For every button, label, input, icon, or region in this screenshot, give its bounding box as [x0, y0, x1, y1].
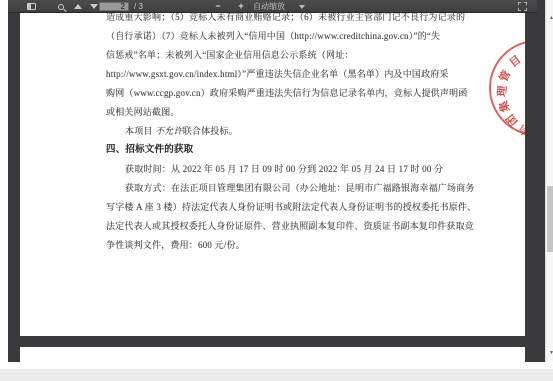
fullscreen-icon	[518, 2, 527, 11]
text-line: 法定代表人或其授权委托人身份证原件、营业执照副本复印件、资质证书副本复印件获取竞	[106, 217, 451, 236]
text-line: （自行承诺）（7）竞标人未被列入“信用中国（http://www.creditc…	[106, 27, 451, 46]
page-up-button[interactable]	[71, 0, 85, 13]
text-line: 获取时间：从 2022 年 05 月 17 日 09 时 00 分到 2022 …	[106, 160, 451, 179]
document-text: 造成重大影响；（5）竞标人未有商业贿赂记录；（6）未被行业主管部门记不良行为记录…	[106, 13, 451, 255]
page-count-label: / 3	[134, 2, 143, 12]
text-line: 争性谈判文件，费用：600 元/份。	[106, 236, 451, 255]
text-line: 购网（www.ccgp.gov.cn）政府采购严重违法失信行为信息记录名单内，竞…	[106, 84, 451, 103]
zoom-out-button[interactable]: −	[211, 0, 225, 13]
page-number-input[interactable]	[99, 2, 129, 11]
chevron-down-icon	[90, 4, 98, 9]
select-caret-icon	[299, 5, 305, 9]
seal-char: 目	[507, 53, 524, 70]
zoom-in-button[interactable]: +	[234, 0, 248, 13]
sidebar-icon	[27, 3, 36, 10]
search-icon	[58, 4, 64, 10]
scroll-down-button[interactable]: ▼	[546, 348, 553, 358]
presentation-mode-button[interactable]	[514, 0, 530, 13]
find-button[interactable]	[53, 0, 68, 13]
page-3	[20, 347, 525, 362]
zoom-select-label: 自动缩放	[253, 1, 285, 12]
scroll-up-button[interactable]: ▲	[546, 13, 553, 23]
page-gap	[20, 336, 525, 347]
scrollbar[interactable]: ▲ ▼	[545, 0, 553, 362]
sidebar-toggle-button[interactable]	[24, 0, 39, 13]
text-line: 或相关网站截图。	[106, 103, 451, 122]
text-line: 信惩戒”名单；未被列入“国家企业信用信息公示系统（网址：	[106, 46, 451, 65]
no-joint-bid-prefix: 本项目	[125, 126, 155, 136]
text-line: 写字楼 A 座 3 楼）持法定代表人身份证明书或附法定代表人身份证明书的授权委托…	[106, 198, 451, 217]
no-joint-bid-suffix: 联合体投标。	[183, 126, 238, 136]
seal-char: 理	[496, 85, 509, 98]
seal-char: 集	[498, 99, 513, 114]
zoom-select[interactable]: 自动缩放	[253, 0, 331, 13]
text-line: 获取方式：在法正项目管理集团有限公司（办公地址：昆明市广福路银海幸福广场商务	[106, 179, 451, 198]
text-line: http://www.gsxt.gov.cn/index.html）”严重违法失…	[106, 65, 451, 84]
chevron-up-icon	[74, 4, 82, 9]
seal-char: 管	[497, 68, 513, 84]
text-line: 造成重大影响；（5）竞标人未有商业贿赂记录；（6）未被行业主管部门记不良行为记录…	[106, 13, 451, 27]
no-joint-bid-line: 本项目 不允许联合体投标。	[106, 122, 451, 141]
viewer-canvas: 造成重大影响；（5）竞标人未有商业贿赂记录；（6）未被行业主管部门记不良行为记录…	[8, 13, 537, 362]
company-seal: 目 管 理 集 团 有	[487, 38, 525, 139]
section-heading: 四、招标文件的获取	[106, 141, 451, 160]
page-2: 造成重大影响；（5）竞标人未有商业贿赂记录；（6）未被行业主管部门记不良行为记录…	[20, 13, 525, 336]
pdf-toolbar: / 3 − + 自动缩放	[8, 0, 537, 13]
scroll-thumb[interactable]	[547, 186, 553, 252]
outer-background-strip	[0, 369, 553, 381]
no-joint-bid-italic: 不允许	[155, 126, 183, 136]
pdf-viewer: 造成重大影响；（5）竞标人未有商业贿赂记录；（6）未被行业主管部门记不良行为记录…	[8, 0, 548, 362]
seal-char: 有	[516, 121, 525, 137]
